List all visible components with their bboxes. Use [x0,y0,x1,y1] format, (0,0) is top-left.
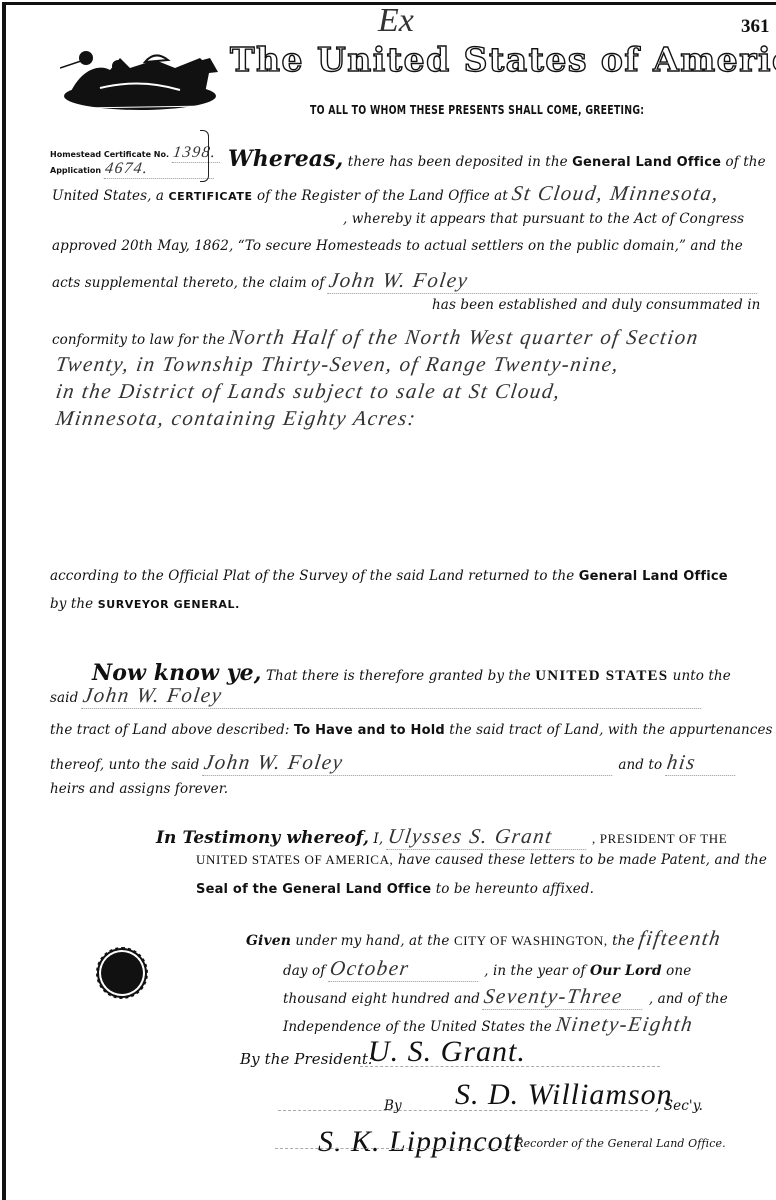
whereas-line-4: approved 20th May, 1862, “To secure Home… [52,238,743,254]
city-of-washington: CITY OF WASHINGTON, [454,933,608,948]
text-span: the tract of Land above described: [50,722,290,738]
land-description-line-4: Minnesota, containing Eighty Acres: [54,406,418,431]
text-span: and to [618,757,662,773]
grant-line-2: said John W. Foley [50,683,703,709]
plow-engraving-icon [60,38,220,118]
day-value: fifteenth [637,926,723,951]
application-label: Application [50,166,101,175]
text-span: the [612,933,634,949]
grantee-name-repeat: John W. Foley [202,750,616,776]
text-span: of the Register of the Land Office at [257,188,508,204]
grant-line-3: the tract of Land above described: To Ha… [50,722,773,738]
by-label: By [384,1098,402,1114]
secretary-signature-line [278,1110,648,1111]
page-number: 361 [741,16,770,38]
grant-line-5: heirs and assigns forever. [50,781,228,797]
text-span: conformity to law for the [52,332,225,348]
independence-year: Ninety-Eighth [555,1012,696,1037]
grant-line-4: thereof, unto the said John W. Foley and… [50,750,737,776]
land-description-line-2: Twenty, in Township Thirty-Seven, of Ran… [54,352,621,377]
land-description-line-3: in the District of Lands subject to sale… [54,379,562,404]
whereas-line-2: United States, a CERTIFICATE of the Regi… [52,181,720,206]
general-land-office-text: General Land Office [572,155,721,170]
given-line-2: day of October , in the year of Our Lord… [283,956,691,982]
recorder-title: , Recorder of the General Land Office. [508,1137,726,1150]
text-span: day of [283,963,325,979]
text-span: have caused these letters to be made Pat… [398,852,767,868]
general-land-office-text: General Land Office [579,569,728,584]
text-span: by the [50,596,93,612]
recorder-signature: S. K. Lippincott [318,1125,522,1159]
testimony-line-1: In Testimony whereof, I, Ulysses S. Gran… [156,824,727,850]
recorder-signature-line [275,1148,505,1149]
our-lord: Our Lord [590,963,662,979]
certificate-bracket [200,130,209,182]
survey-line-1: according to the Official Plat of the Su… [50,568,728,584]
text-span: That there is therefore granted by the [266,668,531,684]
text-span: there has been deposited in the [348,154,568,170]
text-span: , in the year of [484,963,585,979]
month-value: October [328,956,482,982]
text-span: thousand eight hundred and [283,991,480,1007]
president-of-the-text: , PRESIDENT OF THE [592,831,727,846]
grantee-pronoun: his [665,750,739,776]
whereas-line-5: acts supplemental thereto, the claim of … [52,268,759,294]
seal-of-the-general-land-office: Seal of the General Land Office [196,882,431,897]
land-office-location: St Cloud, Minnesota, [511,181,722,206]
given-line-4: Independence of the United States the Ni… [283,1012,694,1037]
homestead-certificate-label: Homestead Certificate No. [50,150,169,159]
secretary-signature: S. D. Williamson [455,1078,673,1112]
claimant-name: John W. Foley [327,268,761,294]
certificate-word: CERTIFICATE [168,190,252,203]
text-span: Independence of the United States the [283,1019,552,1035]
text-span: thereof, unto the said [50,757,200,773]
given-line-3: thousand eight hundred and Seventy-Three… [283,984,728,1010]
text-span: one [666,963,691,979]
greeting: TO ALL TO WHOM THESE PRESENTS SHALL COME… [310,103,644,117]
survey-line-2: by the SURVEYOR GENERAL. [50,596,240,612]
text-span: , and of the [649,991,728,1007]
land-description-line-1: North Half of the North West quarter of … [228,325,701,350]
text-span: said [50,690,78,706]
text-span: acts supplemental thereto, the claim of [52,275,324,291]
testimony-line-2: UNITED STATES OF AMERICA, have caused th… [196,852,767,868]
text-span: according to the Official Plat of the Su… [50,568,574,584]
text-span: unto the [673,668,731,684]
text-span: United States, a [52,188,164,204]
grantee-name: John W. Foley [81,683,705,709]
text-span: the said tract of Land, with the appurte… [449,722,772,738]
whereas-line-1: Whereas, there has been deposited in the… [228,146,766,172]
president-signature-line [360,1066,660,1067]
whereas-line-3: , whereby it appears that pursuant to th… [343,211,744,227]
usa-text: UNITED STATES OF AMERICA, [196,852,393,867]
application-field: Application 4674. [50,160,215,179]
document-border-left [2,2,6,1200]
surveyor-general-text: SURVEYOR GENERAL. [98,598,240,611]
to-have-and-to-hold-text: To Have and to Hold [294,723,445,738]
text-span: to be hereunto affixed. [436,881,594,897]
text-span: of the [726,154,766,170]
by-the-president-label: By the President: [240,1050,373,1068]
in-testimony-whereof: In Testimony whereof, [156,828,369,848]
secretary-title: , Sec'y. [655,1098,703,1114]
margin-mark: Ex [378,2,414,40]
president-name: Ulysses S. Grant [386,824,590,850]
document-title: The United States of America, [230,40,776,79]
president-signature: U. S. Grant. [368,1035,526,1069]
text-span: under my hand, at the [295,933,449,949]
whereas-initial: Whereas, [228,146,343,172]
land-office-seal-icon [101,952,143,994]
whereas-line-6: has been established and duly consummate… [432,297,760,313]
united-states-text: UNITED STATES [535,668,668,684]
given-word: Given [246,933,291,949]
year-value: Seventy-Three [483,984,647,1010]
whereas-line-7: conformity to law for the North Half of … [52,325,699,350]
testimony-line-3: Seal of the General Land Office to be he… [196,881,594,897]
given-line-1: Given under my hand, at the CITY OF WASH… [246,926,721,951]
text-span: I, [373,831,383,847]
